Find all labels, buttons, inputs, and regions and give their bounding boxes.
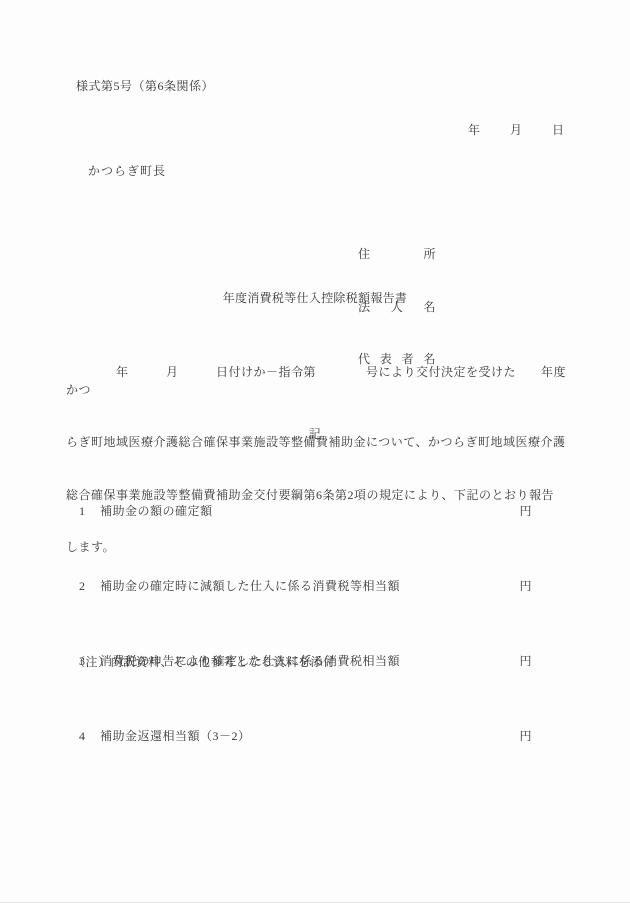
form-number: 様式第5号（第6条関係） bbox=[76, 77, 214, 94]
document-page: 様式第5号（第6条関係） 年 月 日 かつらぎ町長 住所 法人名 代表者名 年度… bbox=[0, 0, 630, 903]
body-line-1: 年 月 日付けか－指令第 号により交付決定を受けた 年度かつ bbox=[66, 364, 566, 399]
item-row-1: 1 補助金の額の確定額 円 bbox=[66, 502, 565, 517]
item-unit-yen: 円 bbox=[519, 577, 532, 594]
item-row-4: 4 補助金返還相当額（3－2） 円 bbox=[66, 727, 565, 742]
item-row-2: 2 補助金の確定時に減額した仕入に係る消費税等相当額 円 bbox=[66, 577, 565, 592]
item-unit-yen: 円 bbox=[519, 502, 532, 519]
attachment-note: （注）内訳資料、その他参考となる資料を添付 bbox=[73, 653, 336, 670]
item-label: 補助金返還相当額（3－2） bbox=[100, 727, 519, 744]
item-label: 補助金の確定時に減額した仕入に係る消費税等相当額 bbox=[100, 577, 519, 594]
addressee-mayor: かつらぎ町長 bbox=[88, 162, 166, 179]
record-marker-ki: 記 bbox=[0, 425, 630, 442]
date-blank-line: 年 月 日 bbox=[468, 121, 566, 138]
item-unit-yen: 円 bbox=[519, 652, 532, 669]
document-title: 年度消費税等仕入控除税額報告書 bbox=[0, 289, 630, 306]
address-field-label: 住所 bbox=[358, 246, 436, 264]
item-number: 2 bbox=[79, 579, 100, 594]
item-unit-yen: 円 bbox=[519, 727, 532, 744]
item-number: 1 bbox=[79, 504, 100, 519]
item-number: 4 bbox=[79, 729, 100, 744]
report-items-list: 1 補助金の額の確定額 円 2 補助金の確定時に減額した仕入に係る消費税等相当額… bbox=[66, 472, 565, 802]
item-label: 補助金の額の確定額 bbox=[100, 502, 519, 519]
